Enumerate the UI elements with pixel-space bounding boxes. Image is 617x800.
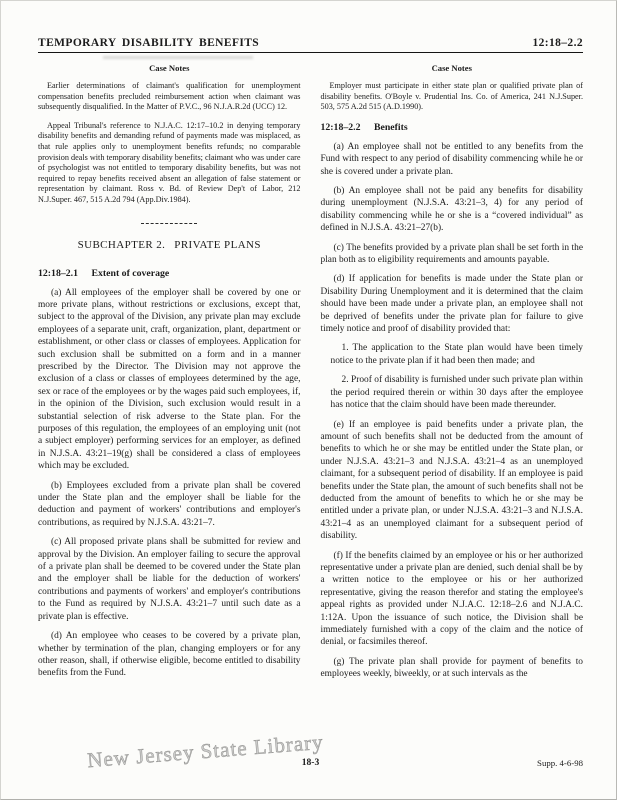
section-number: 12:18–2.1 bbox=[38, 268, 78, 279]
paragraph-e: (e) If an employee is paid benefits unde… bbox=[321, 419, 584, 543]
paragraph-a: (a) An employee shall not be entitled to… bbox=[321, 141, 584, 178]
section-title: Benefits bbox=[374, 122, 408, 133]
page-footer: 18-3 Supp. 4-6-98 bbox=[38, 757, 583, 771]
subchapter-label: SUBCHAPTER 2. bbox=[78, 239, 166, 251]
header-rule bbox=[38, 52, 583, 53]
paragraph-f: (f) If the benefits claimed by an employ… bbox=[321, 550, 584, 649]
paragraph-c: (c) The benefits provided by a private p… bbox=[321, 242, 584, 267]
case-note: Appeal Tribunal's reference to N.J.A.C. … bbox=[38, 121, 301, 206]
running-header-title: TEMPORARY DISABILITY BENEFITS bbox=[38, 37, 259, 49]
subchapter-title: PRIVATE PLANS bbox=[174, 239, 261, 251]
page-content: TEMPORARY DISABILITY BENEFITS 12:18–2.2 … bbox=[38, 37, 583, 688]
running-header: TEMPORARY DISABILITY BENEFITS 12:18–2.2 bbox=[38, 37, 583, 49]
paragraph-c: (c) All proposed private plans shall be … bbox=[38, 536, 301, 623]
paragraph-d: (d) If application for benefits is made … bbox=[321, 273, 584, 335]
scan-smudge bbox=[103, 56, 253, 59]
two-column-body: Case Notes Earlier determinations of cla… bbox=[38, 60, 583, 688]
section-title: Extent of coverage bbox=[91, 268, 169, 279]
document-page: TEMPORARY DISABILITY BENEFITS 12:18–2.2 … bbox=[0, 0, 617, 800]
page-number: 18-3 bbox=[302, 757, 320, 768]
section-divider bbox=[141, 223, 197, 224]
section-heading: 12:18–2.1 Extent of coverage bbox=[38, 268, 301, 279]
running-header-section-ref: 12:18–2.2 bbox=[532, 37, 583, 49]
subitem-1: 1. The application to the State plan wou… bbox=[331, 342, 584, 367]
case-notes-heading: Case Notes bbox=[321, 63, 584, 73]
paragraph-b: (b) An employee shall not be paid any be… bbox=[321, 185, 584, 235]
left-column: Case Notes Earlier determinations of cla… bbox=[38, 60, 301, 688]
paragraph-b: (b) Employees excluded from a private pl… bbox=[38, 480, 301, 530]
section-heading: 12:18–2.2 Benefits bbox=[321, 122, 584, 133]
subitem-2: 2. Proof of disability is furnished unde… bbox=[331, 374, 584, 411]
subchapter-heading: SUBCHAPTER 2. PRIVATE PLANS bbox=[38, 239, 301, 251]
paragraph-g: (g) The private plan shall provide for p… bbox=[321, 656, 584, 681]
case-notes-heading: Case Notes bbox=[38, 63, 301, 73]
supplement-date: Supp. 4-6-98 bbox=[537, 758, 583, 768]
section-number: 12:18–2.2 bbox=[321, 122, 361, 133]
paragraph-d: (d) An employee who ceases to be covered… bbox=[38, 630, 301, 680]
paragraph-a: (a) All employees of the employer shall … bbox=[38, 287, 301, 473]
case-note: Employer must participate in either stat… bbox=[321, 81, 584, 113]
right-column: Case Notes Employer must participate in … bbox=[321, 60, 584, 688]
case-note: Earlier determinations of claimant's qua… bbox=[38, 81, 301, 113]
